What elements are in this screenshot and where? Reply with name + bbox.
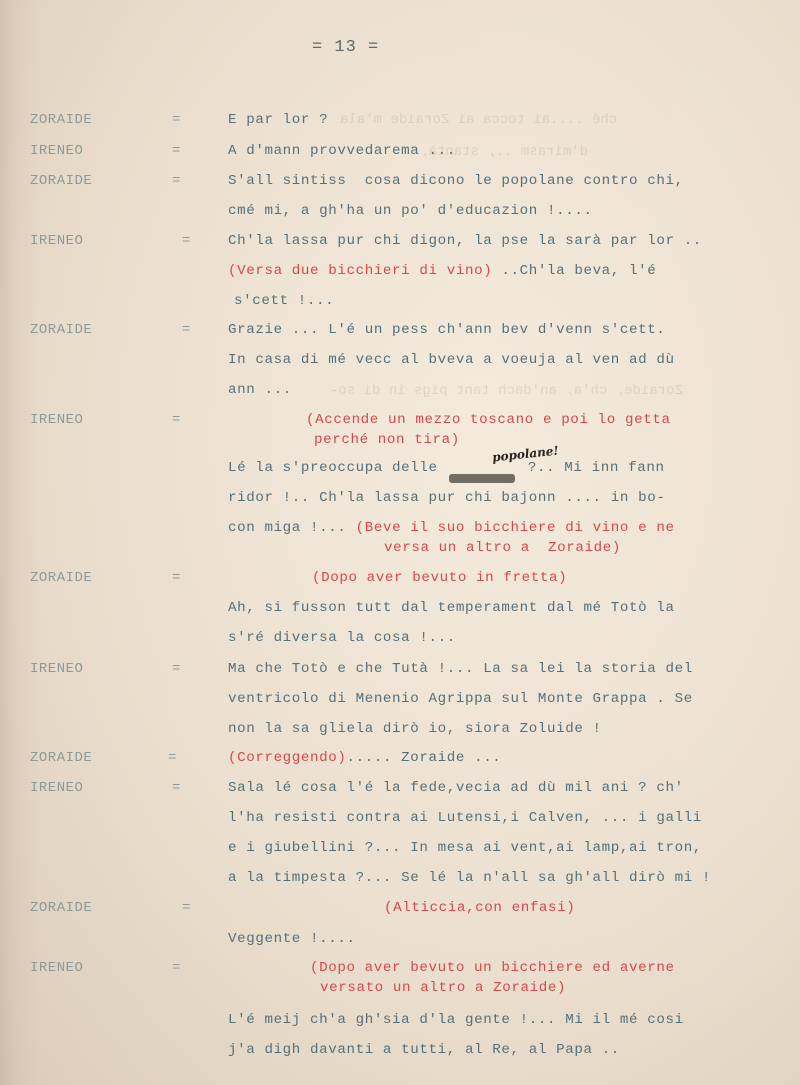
dialogue-text: con miga !... [228, 520, 356, 536]
speaker-separator: = [168, 750, 176, 766]
speaker-separator: = [172, 173, 180, 189]
dialogue-line: l'ha resisti contra ai Lutensi,i Calven,… [228, 810, 702, 826]
stage-direction: (Correggendo) [228, 750, 346, 766]
speaker-name: ZORAIDE [30, 112, 92, 128]
dialogue-line: S'all sintiss cosa dicono le popolane co… [228, 173, 684, 189]
stage-direction: (Beve il suo bicchiere di vino e ne [356, 520, 675, 536]
speaker-name: ZORAIDE [30, 322, 92, 338]
dialogue-line-corrected: Lé la s'preoccupa delle ?.. Mi inn fann [228, 460, 665, 476]
speaker-separator: = [172, 780, 180, 796]
speaker-separator: = [172, 570, 180, 586]
dialogue-line: a la timpesta ?... Se lé la n'all sa gh'… [228, 870, 711, 886]
dialogue-line: Veggente !.... [228, 931, 356, 947]
speaker-name: ZORAIDE [30, 750, 92, 766]
dialogue-line-mixed: con miga !... (Beve il suo bicchiere di … [228, 520, 675, 536]
dialogue-text: ?.. Mi inn fann [519, 460, 665, 476]
dialogue-line: In casa di mé vecc al bveva a voeuja al … [228, 352, 675, 368]
speaker-name: IRENEO [30, 143, 83, 159]
speaker-separator: = [172, 143, 180, 159]
speaker-separator: = [172, 960, 180, 976]
stage-direction: (Dopo aver bevuto in fretta) [312, 570, 567, 586]
dialogue-line: A d'mann provvedarema ... [228, 143, 456, 159]
speaker-name: IRENEO [30, 661, 83, 677]
stage-direction: (Dopo aver bevuto un bicchiere ed averne [310, 960, 675, 976]
speaker-name: ZORAIDE [30, 173, 92, 189]
dialogue-line: e i giubellini ?... In mesa ai vent,ai l… [228, 840, 702, 856]
dialogue-line: Ch'la lassa pur chi digon, la pse la sar… [228, 233, 702, 249]
speaker-name: IRENEO [30, 233, 83, 249]
stage-direction: perché non tira) [314, 432, 460, 448]
dialogue-text: ..Ch'la beva, l'é [492, 263, 656, 279]
dialogue-line-mixed: (Versa due bicchieri di vino) ..Ch'la be… [228, 263, 656, 279]
stage-direction: (Accende un mezzo toscano e poi lo getta [306, 412, 671, 428]
dialogue-text: Lé la s'preoccupa delle [228, 460, 447, 476]
dialogue-line: cmé mi, a gh'ha un po' d'educazion !.... [228, 203, 593, 219]
dialogue-line: ann ... [228, 382, 292, 398]
dialogue-line: Ma che Totò e che Tutà !... La sa lei la… [228, 661, 693, 677]
stage-direction: versa un altro a Zoraide) [384, 540, 621, 556]
dialogue-line: ridor !.. Ch'la lassa pur chi bajonn ...… [228, 490, 665, 506]
dialogue-line: s'ré diversa la cosa !... [228, 630, 456, 646]
speaker-name: IRENEO [30, 780, 83, 796]
dialogue-line: Ah, si fusson tutt dal temperament dal m… [228, 600, 675, 616]
speaker-separator: = [182, 900, 190, 916]
stage-direction: (Alticcia,con enfasi) [384, 900, 575, 916]
page-number: = 13 = [312, 38, 379, 57]
stage-direction: (Versa due bicchieri di vino) [228, 263, 492, 279]
dialogue-line: Grazie ... L'é un pess ch'ann bev d'venn… [228, 322, 665, 338]
strikethrough-scribble [449, 474, 515, 483]
dialogue-line: E par lor ? [228, 112, 328, 128]
dialogue-line: ventricolo di Menenio Agrippa sul Monte … [228, 691, 693, 707]
speaker-separator: = [182, 322, 190, 338]
dialogue-line: j'a digh davanti a tutti, al Re, al Papa… [228, 1042, 620, 1058]
stage-direction: versato un altro a Zoraide) [320, 980, 566, 996]
speaker-name: IRENEO [30, 412, 83, 428]
speaker-name: IRENEO [30, 960, 83, 976]
speaker-separator: = [172, 112, 180, 128]
dialogue-line: s'cett !... [234, 293, 334, 309]
speaker-separator: = [172, 661, 180, 677]
speaker-separator: = [182, 233, 190, 249]
dialogue-line-mixed: (Correggendo)..... Zoraide ... [228, 750, 501, 766]
show-through-text: Zoraide, ch'a, an'dach tant pigs in di s… [330, 383, 683, 399]
speaker-name: ZORAIDE [30, 570, 92, 586]
show-through-text: ché ....ai tocca ai Zoraide m'ala [340, 112, 617, 128]
dialogue-line: L'é meij ch'a gh'sia d'la gente !... Mi … [228, 1012, 684, 1028]
dialogue-text: ..... Zoraide ... [346, 750, 501, 766]
speaker-separator: = [172, 412, 180, 428]
speaker-name: ZORAIDE [30, 900, 92, 916]
typescript-page: ché ....ai tocca ai Zoraide m'ala d'mira… [0, 0, 800, 1085]
dialogue-line: Sala lé cosa l'é la fede,vecia ad dù mil… [228, 780, 684, 796]
dialogue-line: non la sa gliela dirò io, siora Zoluide … [228, 721, 602, 737]
